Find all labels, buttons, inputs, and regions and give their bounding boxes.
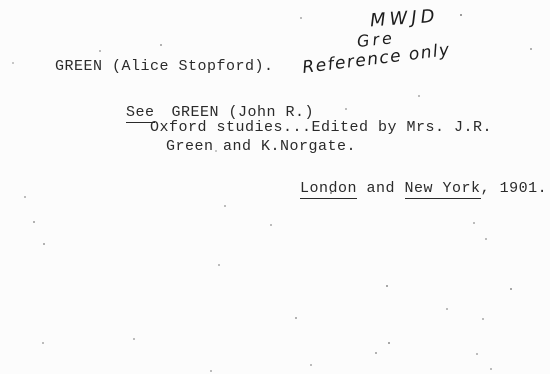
imprint-year: , 1901. [481, 180, 548, 197]
catalog-card: GREEN (Alice Stopford). SeeGREEN (John R… [0, 0, 550, 374]
imprint-conjunction: and [357, 180, 405, 197]
imprint-line: London and New York, 1901. [262, 166, 547, 211]
card-heading: GREEN (Alice Stopford). [55, 59, 274, 74]
scan-noise-specks [0, 0, 2, 2]
title-line-1: Oxford studies...Edited by Mrs. J.R. [150, 120, 492, 135]
title-line-2: Green and K.Norgate. [166, 139, 356, 154]
handwritten-initials: MWJD [369, 6, 439, 32]
imprint-place-newyork: New York [405, 180, 481, 199]
imprint-place-london: London [300, 180, 357, 199]
